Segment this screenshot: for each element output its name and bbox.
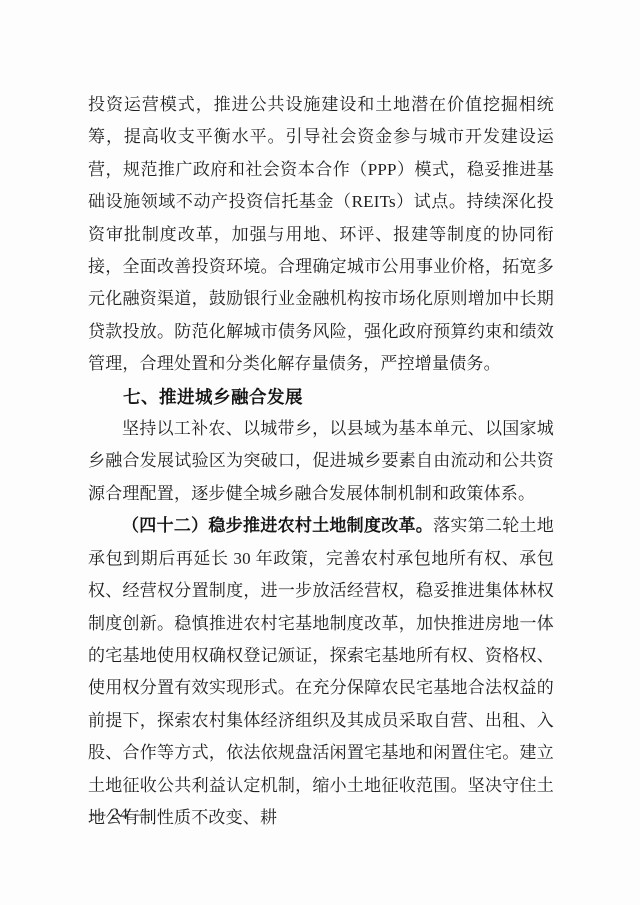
- paragraph-item-42: （四十二）稳步推进农村土地制度改革。落实第二轮土地承包到期后再延长 30 年政策…: [88, 510, 554, 834]
- paragraph-investment-financing: 投资运营模式，推进公共设施建设和土地潜在价值挖掘相统筹，提高收支平衡水平。引导社…: [88, 89, 554, 381]
- document-page: 投资运营模式，推进公共设施建设和土地潜在价值挖掘相统筹，提高收支平衡水平。引导社…: [0, 0, 640, 905]
- section-heading-urban-rural-integration: 七、推进城乡融合发展: [88, 381, 554, 413]
- item-42-lead-bold: （四十二）稳步推进农村土地制度改革。: [122, 516, 433, 535]
- item-42-body-text: 落实第二轮土地承包到期后再延长 30 年政策，完善农村承包地所有权、承包权、经营…: [88, 516, 554, 827]
- footer-page-number: — 24 —: [90, 804, 150, 826]
- paragraph-section-intro: 坚持以工补农、以城带乡，以县域为基本单元、以国家城乡融合发展试验区为突破口，促进…: [88, 413, 554, 510]
- text-column: 投资运营模式，推进公共设施建设和土地潜在价值挖掘相统筹，提高收支平衡水平。引导社…: [88, 89, 554, 834]
